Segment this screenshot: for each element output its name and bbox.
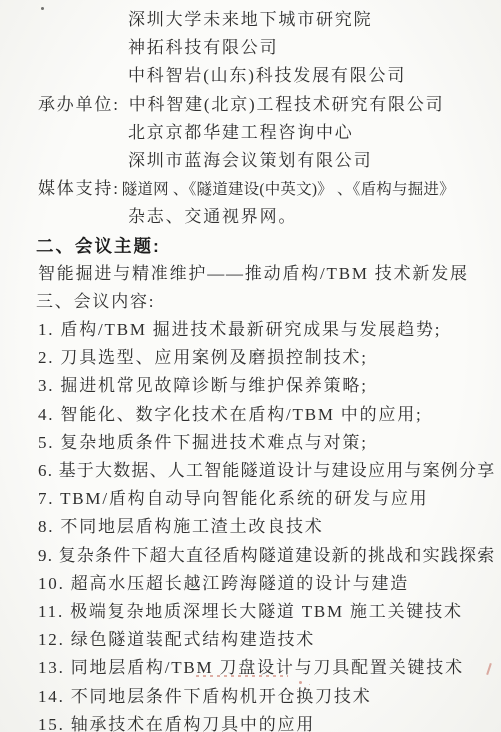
undertaker-org-line: 北京京都华建工程咨询中心 [0,119,501,147]
media-support-line-2: 杂志、交通视界网。 [0,203,501,231]
content-item-6: 6. 基于大数据、人工智能隧道设计与建设应用与案例分享 [0,457,501,485]
scan-red-speckle-artifact [299,681,302,684]
media-support-line: 媒体支持:隧道网 、《隧道建设(中英文)》 、《盾构与掘进》 [0,175,501,203]
undertaker-org: 中科智建(北京)工程技术研究有限公司 [129,95,445,114]
content-item-10: 10. 超高水压超长越江跨海隧道的设计与建造 [0,570,501,598]
content-item-4: 4. 智能化、数字化技术在盾构/TBM 中的应用; [0,401,501,429]
undertaker-label: 承办单位: [38,95,120,114]
scan-red-underline-artifact [196,675,288,677]
section-heading-theme: 二、会议主题: [0,232,501,260]
content-item-7: 7. TBM/盾构自动导向智能化系统的研发与应用 [0,485,501,513]
content-item-13: 13. 同地层盾构/TBM 刀盘设计与刀具配置关键技术 [0,654,501,682]
content-item-11: 11. 极端复杂地质深埋长大隧道 TBM 施工关键技术 [0,598,501,626]
content-item-1: 1. 盾构/TBM 掘进技术最新研究成果与发展趋势; [0,316,501,344]
media-support-label: 媒体支持: [38,179,120,198]
content-item-8: 8. 不同地层盾构施工渣土改良技术 [0,513,501,541]
scanned-document-page: 深圳大学未来地下城市研究院 神拓科技有限公司 中科智岩(山东)科技发展有限公司 … [0,0,501,732]
section-heading-content: 三、会议内容: [0,288,501,316]
host-org-line: 深圳大学未来地下城市研究院 [0,6,501,34]
document-text-flow: 深圳大学未来地下城市研究院 神拓科技有限公司 中科智岩(山东)科技发展有限公司 … [0,6,501,732]
host-org-line: 神拓科技有限公司 [0,34,501,62]
content-item-3: 3. 掘进机常见故障诊断与维护保养策略; [0,372,501,400]
content-item-5: 5. 复杂地质条件下掘进技术难点与对策; [0,429,501,457]
content-item-12: 12. 绿色隧道装配式结构建造技术 [0,626,501,654]
content-item-9: 9. 复杂条件下超大直径盾构隧道建设新的挑战和实践探索 [0,542,501,570]
undertaker-line: 承办单位:中科智建(北京)工程技术研究有限公司 [0,91,501,119]
theme-text: 智能掘进与精准维护——推动盾构/TBM 技术新发展 [0,260,501,288]
content-item-14: 14. 不同地层条件下盾构机开仓换刀技术 [0,683,501,711]
content-item-15: 15. 轴承技术在盾构刀具中的应用 [0,711,501,732]
host-org-line: 中科智岩(山东)科技发展有限公司 [0,62,501,90]
media-support-list: 隧道网 、《隧道建设(中英文)》 、《盾构与掘进》 [122,181,455,198]
undertaker-org-line: 深圳市蓝海会议策划有限公司 [0,147,501,175]
content-item-2: 2. 刀具选型、应用案例及磨损控制技术; [0,344,501,372]
